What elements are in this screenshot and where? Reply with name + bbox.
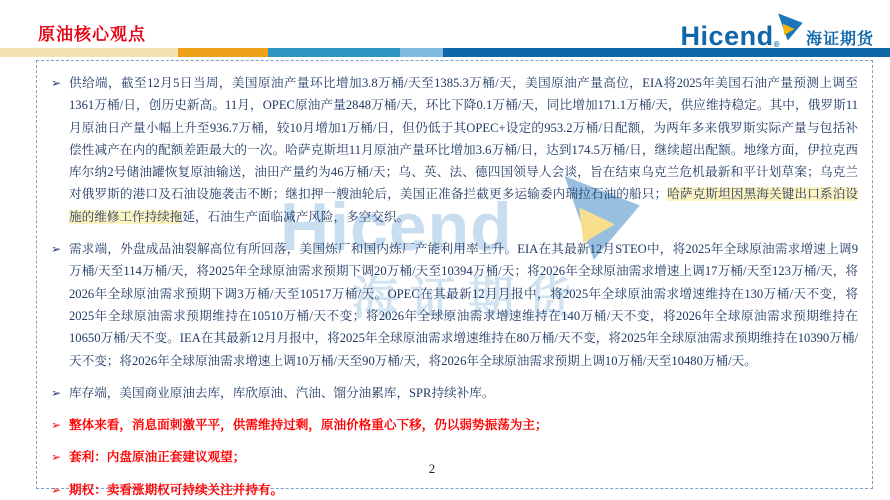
bullet-options: ➢ 期权：卖看涨期权可持续关注并持有。 <box>43 479 858 500</box>
arbitrage-text: 套利：内盘原油正套建议观望； <box>69 446 858 468</box>
bullet-arrow-icon: ➢ <box>43 382 69 404</box>
bar-segment-teal <box>268 48 400 57</box>
supply-paragraph: 供给端，截至12月5日当周，美国原油产量环比增加3.8万桶/天至1385.3万桶… <box>69 72 858 228</box>
header-color-bar <box>0 48 890 57</box>
overall-view-text: 整体来看，消息面刺激平平，供需维持过剩，原油价格重心下移，仍以弱势振荡为主； <box>69 414 858 436</box>
page-title: 原油核心观点 <box>38 20 146 45</box>
bullet-arrow-icon: ➢ <box>43 446 69 468</box>
bullet-supply: ➢ 供给端，截至12月5日当周，美国原油产量环比增加3.8万桶/天至1385.3… <box>43 72 858 228</box>
demand-paragraph: 需求端，外盘成品油裂解高位有所回落，美国炼厂和国内炼厂产能利用率上升。EIA在其… <box>69 238 858 372</box>
bar-segment-cream <box>0 48 178 57</box>
bullet-arrow-icon: ➢ <box>43 72 69 228</box>
bullet-arbitrage: ➢ 套利：内盘原油正套建议观望； <box>43 446 858 468</box>
slide: { "page": { "title": "原油核心观点", "page_num… <box>0 0 890 500</box>
bar-segment-darkblue <box>443 48 890 57</box>
bullet-demand: ➢ 需求端，外盘成品油裂解高位有所回落，美国炼厂和国内炼厂产能利用率上升。EIA… <box>43 238 858 372</box>
options-text: 期权：卖看涨期权可持续关注并持有。 <box>69 479 858 500</box>
bullet-inventory: ➢ 库存端，美国商业原油去库，库欣原油、汽油、馏分油累库，SPR持续补库。 <box>43 382 858 404</box>
content-box: ➢ 供给端，截至12月5日当周，美国原油产量环比增加3.8万桶/天至1385.3… <box>36 60 873 489</box>
bar-segment-orange <box>178 48 268 57</box>
logo-cn-text: 海证期货 <box>806 32 874 48</box>
inventory-paragraph: 库存端，美国商业原油去库，库欣原油、汽油、馏分油累库，SPR持续补库。 <box>69 382 858 404</box>
supply-text-post: 延，石油生产面临减产风险，多空交织。 <box>182 210 409 224</box>
bullet-overall-view: ➢ 整体来看，消息面刺激平平，供需维持过剩，原油价格重心下移，仍以弱势振荡为主； <box>43 414 858 436</box>
bullet-arrow-icon: ➢ <box>43 238 69 372</box>
supply-text-pre: 供给端，截至12月5日当周，美国原油产量环比增加3.8万桶/天至1385.3万桶… <box>69 76 858 201</box>
logo-brand-text: Hicend® <box>681 23 780 50</box>
company-logo: Hicend® 海证期货 <box>681 10 874 50</box>
bar-segment-lightblue <box>400 48 443 57</box>
page-number: 2 <box>422 461 442 477</box>
bullet-arrow-icon: ➢ <box>43 479 69 500</box>
bullet-arrow-icon: ➢ <box>43 414 69 436</box>
